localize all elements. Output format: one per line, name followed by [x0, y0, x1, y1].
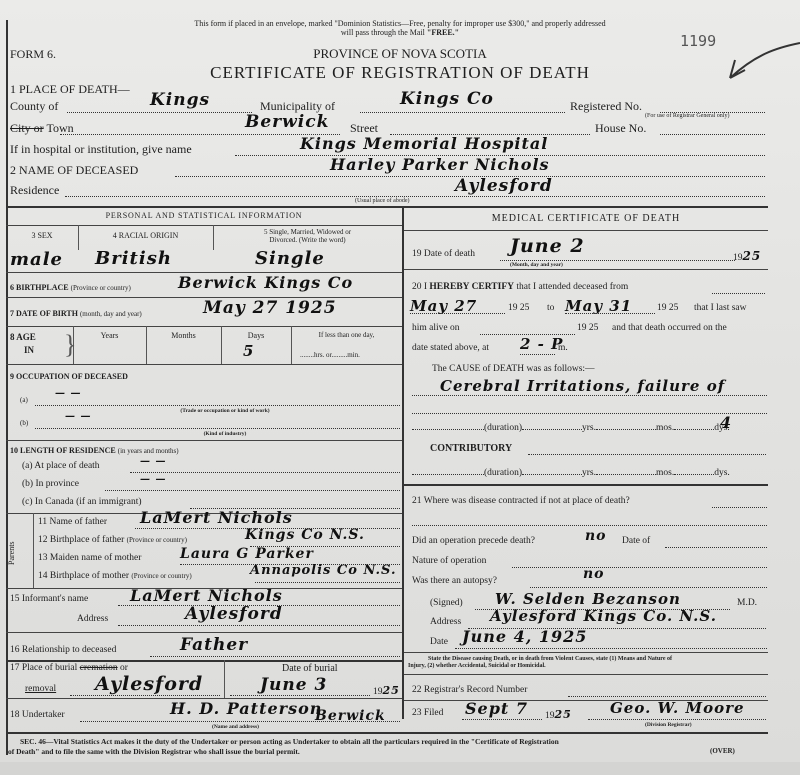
signed-label: (Signed) [430, 598, 463, 608]
form-number: FORM 6. [10, 47, 56, 62]
age-hrs-label: hrs. or [314, 351, 332, 359]
column-divider [402, 206, 404, 719]
municipality-field[interactable]: Kings Co [400, 89, 494, 109]
cause-field[interactable]: Cerebral Irritations, failure of [440, 377, 725, 395]
registered-no-note: (For use of Registrar General only) [645, 113, 729, 119]
attended-from-year[interactable]: 19 25 [508, 303, 529, 313]
attended-to-year[interactable]: 19 25 [657, 303, 678, 313]
age-days-field[interactable]: 5 [243, 342, 254, 360]
disease-note: State the Disease causing Death, or in d… [408, 656, 768, 670]
age-days-label: Days [221, 331, 291, 340]
contributory-label: CONTRIBUTORY [430, 443, 512, 454]
filed-year: 1925 [545, 708, 572, 721]
date-stated-label: date stated above, at [412, 343, 489, 353]
informant-label: 15 Informant's name [10, 594, 88, 604]
operation-field[interactable]: no [585, 528, 607, 544]
birthplace-label-text: 6 BIRTHPLACE [10, 283, 69, 292]
death-occurred-label: and that death occurred on the [612, 323, 727, 333]
over-label: (OVER) [710, 747, 735, 755]
operation-date-label: Date of [622, 536, 650, 546]
burial-place-field[interactable]: Aylesford [95, 673, 203, 695]
residence-note: (Usual place of abode) [355, 198, 409, 204]
left-border [6, 20, 8, 755]
undertaker-label: 18 Undertaker [10, 710, 65, 720]
marital-label-1: 5 Single, Married, Widowed or [264, 228, 351, 236]
cause-intro: The CAUSE of DEATH was as follows:— [432, 364, 595, 374]
res-b-field[interactable]: — — [140, 474, 166, 485]
dob-label-text: 7 DATE OF BIRTH [10, 309, 78, 318]
time-suffix: m. [558, 343, 568, 353]
postal-note-line1: This form if placed in an envelope, mark… [194, 19, 605, 28]
res-b-label: (b) In province [22, 479, 79, 489]
postal-note-line2: will pass through the Mail [341, 28, 425, 37]
yrs-label: yrs. [582, 423, 596, 433]
undertaker-field[interactable]: H. D. Patterson [170, 699, 322, 718]
footer-line2: of Death" and to file the same with the … [8, 747, 300, 756]
autopsy-label: Was there an autopsy? [412, 576, 497, 586]
residence-length-label: 10 LENGTH OF RESIDENCE (in years and mon… [10, 446, 179, 455]
undertaker-address-field[interactable]: Berwick [315, 708, 386, 724]
duration-days-field[interactable]: 4 [720, 413, 732, 432]
yrs-label-2: yrs. [582, 468, 596, 478]
alive-label: him alive on [412, 323, 460, 333]
informant-address-label: Address [77, 614, 108, 624]
residence-label: Residence [10, 183, 59, 198]
postal-note: This form if placed in an envelope, mark… [100, 19, 700, 37]
burial-year-field[interactable]: 25 [383, 684, 400, 697]
place-of-death-label: 1 PLACE OF DEATH— [10, 82, 130, 97]
registrar-note: (Division Registrar) [645, 722, 692, 728]
province: PROVINCE OF NOVA SCOTIA [200, 46, 600, 62]
dob-label: 7 DATE OF BIRTH (month, day and year) [10, 309, 142, 318]
dob-field[interactable]: May 27 1925 [203, 298, 337, 318]
hospital-label: If in hospital or institution, give name [10, 142, 192, 157]
deceased-name-label: 2 NAME OF DECEASED [10, 163, 138, 178]
footer-divider [6, 732, 768, 734]
burial-year-prefix: 19 [373, 687, 383, 697]
burial-date-field[interactable]: June 3 [260, 675, 327, 695]
occupation-label: 9 OCCUPATION OF DECEASED [10, 372, 128, 381]
duration-label: (duration) [484, 423, 522, 433]
certify-bold: HEREBY CERTIFY [429, 282, 514, 292]
undertaker-note: (Name and address) [212, 724, 259, 730]
registrar-signature[interactable]: Geo. W. Moore [610, 699, 745, 717]
nature-label: Nature of operation [412, 556, 486, 566]
residence-field[interactable]: Aylesford [455, 176, 553, 196]
personal-title: PERSONAL AND STATISTICAL INFORMATION [6, 211, 402, 220]
marital-label: 5 Single, Married, Widowed or Divorced. … [213, 228, 402, 244]
age-years-label: Years [73, 331, 146, 340]
medical-address-field[interactable]: Aylesford Kings Co. N.S. [490, 607, 717, 625]
birthplace-label: 6 BIRTHPLACE (Province or country) [10, 283, 131, 292]
disease-note-2: Injury, (2) whether Accidental, Suicidal… [408, 663, 546, 669]
res-a-label: (a) At place of death [22, 461, 100, 471]
death-year: 1925 [733, 249, 761, 263]
sex-label: 3 SEX [6, 231, 78, 240]
father-birthplace-text: 12 Birthplace of father [38, 535, 124, 545]
certify-rest: that I attended deceased from [516, 282, 628, 292]
deceased-name-field[interactable]: Harley Parker Nichols [330, 155, 550, 174]
mother-name-field[interactable]: Laura G Parker [180, 546, 314, 562]
registered-no-label: Registered No. [570, 99, 642, 114]
filed-year-prefix: 19 [545, 711, 555, 721]
burial-year: 1925 [373, 684, 400, 697]
informant-address-field[interactable]: Aylesford [185, 604, 283, 624]
filed-label: 23 Filed [412, 708, 443, 718]
md-label: M.D. [737, 598, 757, 608]
racial-label: 4 RACIAL ORIGIN [78, 231, 213, 240]
mos-label-2: mos. [656, 468, 674, 478]
death-year-prefix: 19 [733, 253, 743, 263]
medical-title: MEDICAL CERTIFICATE OF DEATH [404, 213, 768, 224]
father-birthplace-label: 12 Birthplace of father (Province or cou… [38, 535, 187, 545]
stamp-number: 1199 [680, 32, 716, 50]
relationship-label: 16 Relationship to deceased [10, 645, 116, 655]
time-field[interactable]: 2 - P [520, 335, 563, 353]
city-label-struck: City or [10, 121, 44, 135]
residence-length-hint: (in years and months) [118, 447, 179, 455]
county-field[interactable]: Kings [150, 90, 210, 110]
death-year-field[interactable]: 25 [743, 249, 762, 263]
father-birthplace-hint: (Province or country) [127, 536, 187, 544]
marital-label-2: Divorced. (Write the word) [269, 236, 345, 244]
dys-label-2: dys. [714, 468, 730, 478]
last-saw-label: that I last saw [694, 303, 747, 313]
signed-field[interactable]: W. Selden Bezanson [495, 590, 681, 608]
mos-label: mos. [656, 423, 674, 433]
age-hrs-min: ........hrs. or.........min. [300, 351, 360, 359]
date-of-death-label: 19 Date of death [412, 249, 475, 259]
birthplace-hint: (Province or country) [71, 284, 131, 292]
cremation-struck: cremation [80, 663, 118, 673]
date-of-death-field[interactable]: June 2 [510, 235, 585, 257]
contracted-label: 21 Where was disease contracted if not a… [412, 496, 630, 506]
parents-side-label: Parents [7, 541, 16, 565]
mother-birthplace-field[interactable]: Annapolis Co N.S. [250, 563, 396, 578]
autopsy-field[interactable]: no [583, 566, 605, 582]
birthplace-field[interactable]: Berwick Kings Co [178, 273, 353, 292]
county-label: County of [10, 99, 58, 114]
burial-place-text: 17 Place of burial [10, 663, 77, 673]
page-bottom-margin [0, 762, 800, 775]
age-less-label: If less than one day, [291, 331, 402, 339]
date-of-death-note: (Month, day and year) [510, 262, 563, 268]
duration-label-2: (duration) [484, 468, 522, 478]
mother-birthplace-hint: (Province or country) [131, 572, 191, 580]
occupation-a-label: (a) [20, 396, 28, 404]
filed-year-field[interactable]: 25 [555, 708, 572, 721]
mother-name-label: 13 Maiden name of mother [38, 553, 141, 563]
sex-field[interactable]: male [10, 249, 63, 270]
father-birthplace-field[interactable]: Kings Co N.S. [245, 527, 365, 543]
age-min-label: min. [347, 351, 360, 359]
removal-label: removal [25, 684, 56, 694]
res-a-field[interactable]: — — [140, 456, 166, 467]
mother-birthplace-text: 14 Birthplace of mother [38, 571, 129, 581]
mother-birthplace-label: 14 Birthplace of mother (Province or cou… [38, 571, 192, 581]
occupation-a-note: (Trade or occupation or kind of work) [100, 408, 350, 414]
certify-num: 20 I [412, 282, 427, 292]
relationship-field[interactable]: Father [180, 635, 248, 655]
footer-line1: SEC. 46—Vital Statistics Act makes it th… [20, 737, 559, 746]
age-label: 8 AGE IN [10, 331, 36, 357]
alive-year[interactable]: 19 25 [577, 323, 598, 333]
certify-label: 20 I HEREBY CERTIFY that I attended dece… [412, 282, 628, 292]
age-label-1: 8 AGE [10, 332, 36, 342]
hospital-field[interactable]: Kings Memorial Hospital [300, 134, 548, 153]
racial-field[interactable]: British [95, 248, 172, 269]
checkmark-icon [725, 40, 800, 80]
informant-name-field[interactable]: LaMert Nichols [130, 586, 283, 605]
burial-place-label: 17 Place of burial cremation or [10, 663, 128, 673]
occupation-b-label: (b) [20, 419, 28, 427]
age-months-label: Months [146, 331, 221, 340]
operation-label: Did an operation precede death? [412, 536, 535, 546]
to-label: to [547, 303, 554, 313]
medical-date-label: Date [430, 637, 448, 647]
occupation-b-field[interactable]: — — [65, 411, 91, 422]
father-name-field[interactable]: LaMert Nichols [140, 508, 293, 527]
burial-date-label: Date of burial [282, 663, 338, 674]
town-field[interactable]: Berwick [245, 112, 329, 132]
dob-hint: (month, day and year) [80, 310, 142, 318]
marital-field[interactable]: Single [255, 248, 325, 269]
burial-or: or [120, 663, 128, 673]
duration-row-1: (duration)yrs.mos.dys. [412, 423, 730, 433]
age-label-2: IN [10, 345, 34, 355]
father-name-label: 11 Name of father [38, 517, 107, 527]
record-number-label: 22 Registrar's Record Number [412, 685, 527, 695]
duration-row-2: (duration)yrs.mos.dys. [412, 468, 730, 478]
death-certificate-page: This form if placed in an envelope, mark… [0, 0, 800, 775]
occupation-a-field[interactable]: — — [55, 388, 81, 399]
disease-note-1: State the Disease causing Death, or in d… [408, 656, 672, 662]
page-title: CERTIFICATE OF REGISTRATION OF DEATH [150, 63, 650, 83]
house-no-label: House No. [595, 121, 646, 136]
res-c-label: (c) In Canada (if an immigrant) [22, 497, 142, 507]
section-divider [6, 206, 768, 208]
filed-field[interactable]: Sept 7 [465, 699, 528, 718]
medical-address-label: Address [430, 617, 461, 627]
residence-length-text: 10 LENGTH OF RESIDENCE [10, 446, 116, 455]
town-label-text: Town [46, 121, 73, 135]
postal-note-free: "FREE." [427, 28, 459, 37]
medical-date-field[interactable]: June 4, 1925 [462, 627, 587, 646]
occupation-b-note: (Kind of industry) [100, 431, 350, 437]
